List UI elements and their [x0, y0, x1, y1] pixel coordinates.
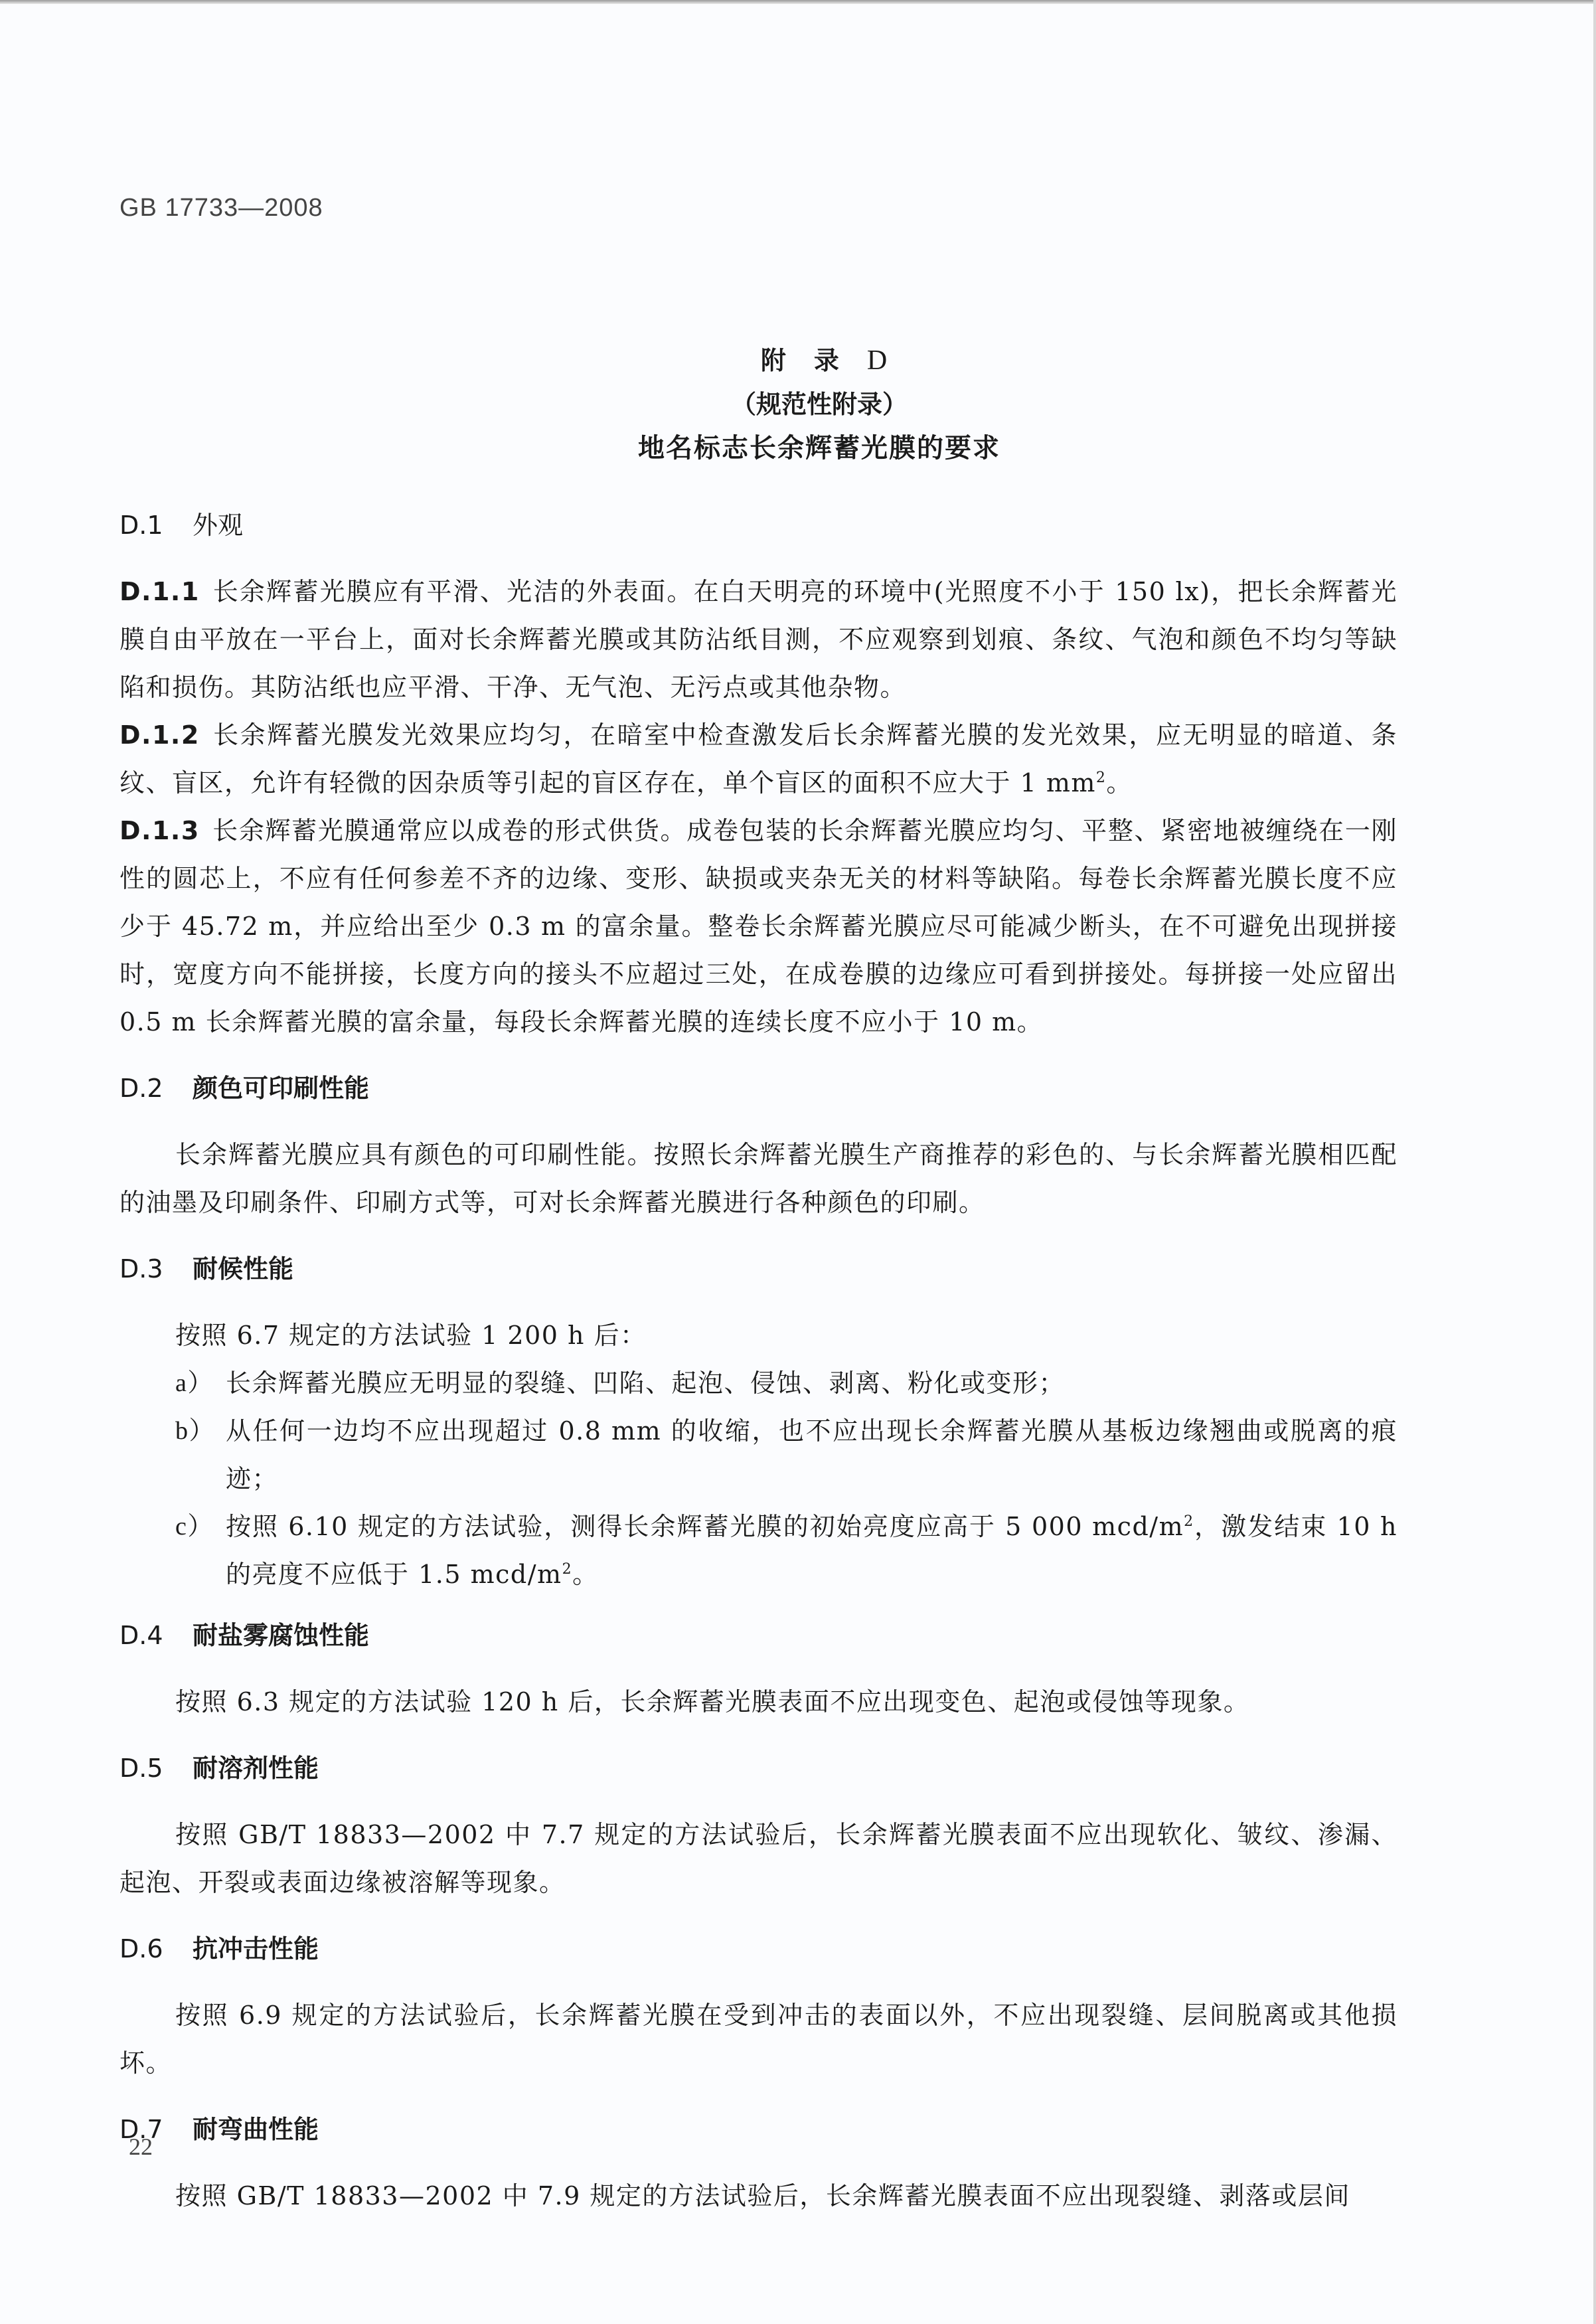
list-item-a: a） 长余辉蓄光膜应无明显的裂缝、凹陷、起泡、侵蚀、剥离、粉化或变形；: [120, 1359, 1397, 1407]
clause-text: 长余辉蓄光膜应有平滑、光洁的外表面。在白天明亮的环境中(光照度不小于 150 l…: [120, 577, 1397, 702]
annex-title-block: 附录D （规范性附录） 地名标志长余辉蓄光膜的要求: [0, 339, 1596, 470]
section-heading-d2: D.2颜色可印刷性能: [120, 1064, 1397, 1112]
section-number: D.4: [120, 1612, 193, 1659]
list-marker: a）: [175, 1359, 226, 1407]
section-heading-d5: D.5耐溶剂性能: [120, 1744, 1397, 1792]
section-number: D.1: [120, 501, 193, 549]
superscript: 2: [1096, 770, 1107, 786]
section-number: D.6: [120, 1925, 193, 1973]
annex-label-char: 附: [761, 346, 787, 375]
clause-number: D.1.3: [120, 807, 212, 855]
section-number: D.5: [120, 1744, 193, 1792]
section-title: 外观: [193, 511, 243, 540]
section-d2-text: 长余辉蓄光膜应具有颜色的可印刷性能。按照长余辉蓄光膜生产商推荐的彩色的、与长余辉…: [120, 1131, 1397, 1226]
list-marker: b）: [175, 1407, 226, 1503]
section-d6-text: 按照 6.9 规定的方法试验后，长余辉蓄光膜在受到冲击的表面以外，不应出现裂缝、…: [120, 1991, 1397, 2087]
section-heading-d4: D.4耐盐雾腐蚀性能: [120, 1612, 1397, 1659]
annex-label-char: 录: [814, 346, 840, 375]
clause-number: D.1.1: [120, 568, 212, 616]
superscript: 2: [1184, 1513, 1194, 1530]
list-item-b: b） 从任何一边均不应出现超过 0.8 mm 的收缩，也不应出现长余辉蓄光膜从基…: [120, 1407, 1397, 1503]
list-text-part: 。: [572, 1560, 599, 1589]
list-item-c: c） 按照 6.10 规定的方法试验，测得长余辉蓄光膜的初始亮度应高于 5 00…: [120, 1503, 1397, 1598]
clause-text-end: 。: [1106, 768, 1133, 797]
section-title: 抗冲击性能: [193, 1934, 319, 1963]
section-title: 耐盐雾腐蚀性能: [193, 1621, 369, 1650]
annex-title: 地名标志长余辉蓄光膜的要求: [0, 426, 1596, 470]
section-heading-d6: D.6抗冲击性能: [120, 1925, 1397, 1973]
list-text: 从任何一边均不应出现超过 0.8 mm 的收缩，也不应出现长余辉蓄光膜从基板边缘…: [226, 1407, 1397, 1503]
annex-label-letter: D: [867, 345, 888, 376]
list-text-part: 按照 6.10 规定的方法试验，测得长余辉蓄光膜的初始亮度应高于 5 000 m…: [226, 1512, 1184, 1541]
section-d4-text: 按照 6.3 规定的方法试验 120 h 后，长余辉蓄光膜表面不应出现变色、起泡…: [120, 1678, 1397, 1726]
annex-type: （规范性附录）: [0, 382, 1596, 426]
clause-text: 长余辉蓄光膜发光效果应均匀，在暗室中检查激发后长余辉蓄光膜的发光效果，应无明显的…: [120, 720, 1397, 797]
clause-number: D.1.2: [120, 711, 212, 759]
list-text: 按照 6.10 规定的方法试验，测得长余辉蓄光膜的初始亮度应高于 5 000 m…: [226, 1503, 1397, 1598]
section-number: D.2: [120, 1064, 193, 1112]
section-title: 颜色可印刷性能: [193, 1074, 369, 1103]
document-body: D.1外观 D.1.1长余辉蓄光膜应有平滑、光洁的外表面。在白天明亮的环境中(光…: [120, 501, 1397, 2220]
annex-label: 附录D: [0, 339, 1596, 382]
running-header-standard-code: GB 17733—2008: [120, 194, 323, 222]
section-title: 耐候性能: [193, 1254, 293, 1284]
section-number: D.3: [120, 1245, 193, 1293]
page-number: 22: [129, 2133, 153, 2161]
section-heading-d3: D.3耐候性能: [120, 1245, 1397, 1293]
section-d5-text: 按照 GB/T 18833—2002 中 7.7 规定的方法试验后，长余辉蓄光膜…: [120, 1811, 1397, 1906]
list-marker: c）: [175, 1503, 226, 1598]
section-d3-intro: 按照 6.7 规定的方法试验 1 200 h 后：: [120, 1311, 1397, 1359]
section-d7-text: 按照 GB/T 18833—2002 中 7.9 规定的方法试验后，长余辉蓄光膜…: [120, 2172, 1397, 2220]
section-heading-d1: D.1外观: [120, 501, 1397, 549]
section-title: 耐溶剂性能: [193, 1754, 319, 1783]
clause-d1-1: D.1.1长余辉蓄光膜应有平滑、光洁的外表面。在白天明亮的环境中(光照度不小于 …: [120, 568, 1397, 711]
section-heading-d7: D.7耐弯曲性能: [120, 2106, 1397, 2153]
scan-edge-top: [0, 0, 1596, 4]
clause-d1-2: D.1.2长余辉蓄光膜发光效果应均匀，在暗室中检查激发后长余辉蓄光膜的发光效果，…: [120, 711, 1397, 807]
superscript: 2: [562, 1561, 573, 1578]
clause-text: 长余辉蓄光膜通常应以成卷的形式供货。成卷包装的长余辉蓄光膜应均匀、平整、紧密地被…: [120, 816, 1397, 1037]
list-text: 长余辉蓄光膜应无明显的裂缝、凹陷、起泡、侵蚀、剥离、粉化或变形；: [226, 1359, 1397, 1407]
section-title: 耐弯曲性能: [193, 2115, 319, 2144]
clause-d1-3: D.1.3长余辉蓄光膜通常应以成卷的形式供货。成卷包装的长余辉蓄光膜应均匀、平整…: [120, 807, 1397, 1046]
